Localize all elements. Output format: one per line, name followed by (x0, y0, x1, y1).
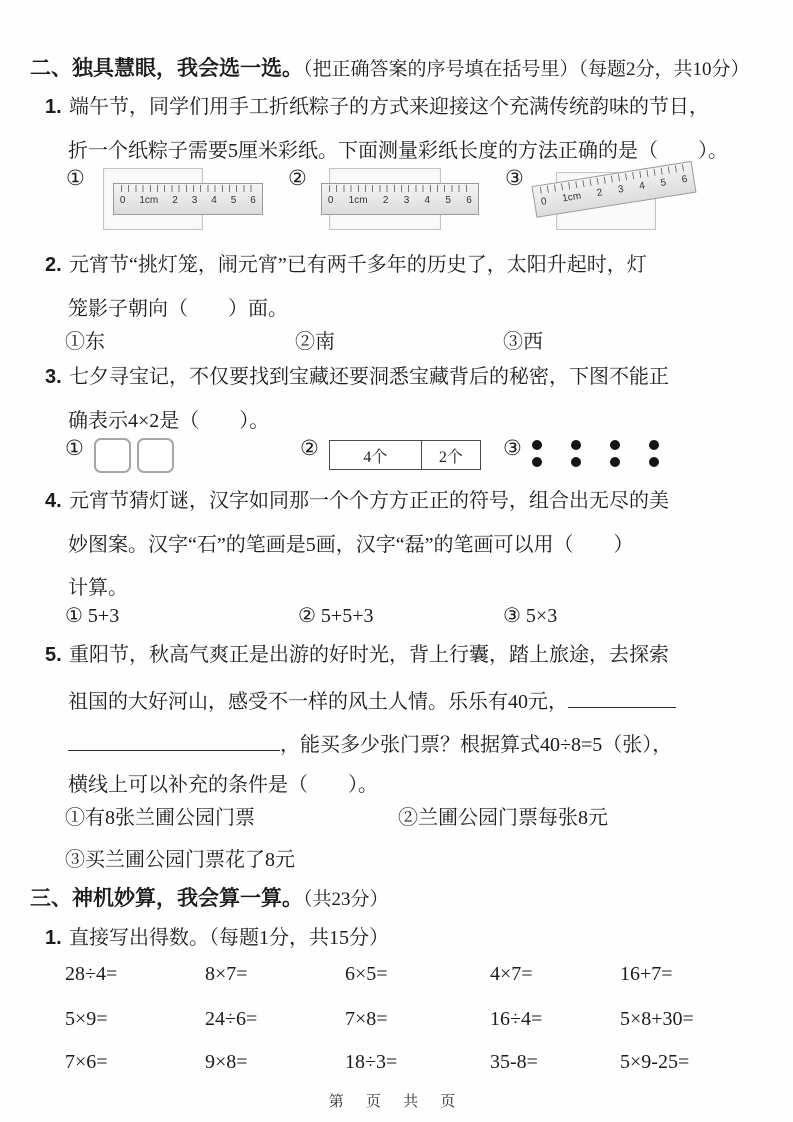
q4-line2: 妙图案。汉字“石”的笔画是5画，汉字“磊”的笔画可以用（ ） (68, 532, 634, 558)
dot-icon (571, 440, 581, 450)
calc-row-2: 5×9= 24÷6= 7×8= 16÷4= 5×8+30= (0, 1008, 793, 1036)
q2-option1: ①东 (65, 325, 105, 354)
q3-number: 3. (45, 364, 69, 390)
split-box-left-cell: 4个 (330, 441, 422, 469)
q5-number: 5. (45, 642, 69, 668)
dot-icon (571, 457, 581, 467)
q3-option3: ③ (503, 436, 659, 467)
q5-option3: ③买兰圃公园门票花了8元 (65, 843, 295, 872)
dot-icon (610, 440, 620, 450)
q4-option1: ① 5+3 (65, 603, 119, 628)
q3-line1-text: 七夕寻宝记，不仅要找到宝藏还要洞悉宝藏背后的秘密，下图不能正 (69, 366, 669, 388)
square-icon (94, 438, 131, 473)
q4-line3: 计算。 (68, 575, 128, 601)
dot-icon (649, 457, 659, 467)
ruler-icon: 01cm23456 (321, 183, 479, 215)
calc-item: 8×7= (205, 963, 248, 986)
section3-header: 三、神机妙算，我会算一算。（共23分） (30, 882, 389, 912)
q1-number: 1. (45, 94, 69, 120)
q1-option3-figure: ③ 01cm23456 (505, 166, 704, 242)
section3-title: 三、神机妙算，我会算一算。 (30, 887, 303, 910)
q4-line1: 4.元宵节猜灯谜，汉字如同那一个个方方正正的符号，组合出无尽的美 (45, 488, 669, 514)
q1-line1-text: 端午节，同学们用手工折纸粽子的方式来迎接这个充满传统韵味的节日， (69, 96, 709, 118)
q1-option2-figure: ② 01cm23456 (288, 166, 487, 242)
q1-figures-row: ① 01cm23456 ② 01cm23456 ③ (0, 166, 793, 246)
section3-subtitle: （共23分） (303, 889, 389, 910)
q5-line1: 5.重阳节，秋高气爽正是出游的好时光，背上行囊，踏上旅途，去探索 (45, 642, 669, 668)
dot-icon (649, 440, 659, 450)
q2-option3: ③西 (503, 325, 543, 354)
q5-line4: 横线上可以补充的条件是（ ）。 (68, 772, 378, 798)
q2-option2: ②南 (295, 325, 335, 354)
q2-number: 2. (45, 252, 69, 278)
section2-title: 二、独具慧眼，我会选一选。 (30, 57, 303, 80)
q5-line2-text: 祖国的大好河山，感受不一样的风土人情。乐乐有40元， (68, 691, 568, 713)
calc-item: 28÷4= (65, 963, 117, 986)
q5-line3: ，能买多少张门票？根据算式40÷8=5（张）， (68, 729, 672, 758)
q1-line1: 1.端午节，同学们用手工折纸粽子的方式来迎接这个充满传统韵味的节日， (45, 94, 709, 120)
q3-line2: 确表示4×2是（ ）。 (68, 408, 269, 434)
page-footer: 第 页 共 页 (0, 1090, 793, 1111)
calc-item: 6×5= (345, 963, 388, 986)
calc-item: 9×8= (205, 1051, 248, 1074)
q4-option2: ② 5+5+3 (298, 603, 374, 628)
q3-option3-label: ③ (503, 436, 522, 461)
q3-option2-label: ② (300, 436, 319, 461)
calc-item: 18÷3= (345, 1051, 397, 1074)
calc-item: 4×7= (490, 963, 533, 986)
q3-option1-label: ① (65, 436, 84, 461)
calc-item: 35-8= (490, 1051, 538, 1074)
s3-q1-label: 1.直接写出得数。（每题1分，共15分） (45, 925, 389, 951)
q3-option2: ② 4个 2个 (300, 436, 481, 470)
s3-q1-number: 1. (45, 925, 69, 951)
section2-header: 二、独具慧眼，我会选一选。（把正确答案的序号填在括号里）（每题2分，共10分） (30, 52, 750, 82)
q5-line3-text: ，能买多少张门票？根据算式40÷8=5（张）， (280, 734, 672, 756)
q2-line1-text: 元宵节“挑灯笼，闹元宵”已有两千多年的历史了，太阳升起时，灯 (69, 254, 647, 276)
fill-in-blank-line (68, 729, 280, 751)
s3-q1-text: 直接写出得数。（每题1分，共15分） (69, 927, 389, 949)
calc-item: 7×8= (345, 1008, 388, 1031)
split-box-figure: 4个 2个 (329, 440, 481, 470)
calc-item: 5×8+30= (620, 1008, 694, 1031)
calc-item: 5×9-25= (620, 1051, 689, 1074)
q4-number: 4. (45, 488, 69, 514)
q5-line1-text: 重阳节，秋高气爽正是出游的好时光，背上行囊，踏上旅途，去探索 (69, 644, 669, 666)
calc-row-1: 28÷4= 8×7= 6×5= 4×7= 16+7= (0, 963, 793, 991)
q3-figures-row: ① ② 4个 2个 ③ (0, 436, 793, 486)
q3-option1: ① (65, 436, 174, 473)
dot-icon (532, 440, 542, 450)
ruler-figure-aligned: 01cm23456 (315, 166, 487, 242)
q4-option3: ③ 5×3 (503, 603, 557, 628)
exam-page: 二、独具慧眼，我会选一选。（把正确答案的序号填在括号里）（每题2分，共10分） … (0, 0, 793, 1122)
q2-line1: 2.元宵节“挑灯笼，闹元宵”已有两千多年的历史了，太阳升起时，灯 (45, 252, 647, 278)
two-squares-figure (94, 438, 174, 473)
dot-icon (532, 457, 542, 467)
q1-option2-label: ② (288, 166, 307, 191)
calc-item: 7×6= (65, 1051, 108, 1074)
fill-in-blank-line (568, 686, 676, 708)
ruler-icon: 01cm23456 (113, 183, 263, 215)
split-box-right-cell: 2个 (422, 441, 480, 469)
q1-option1-label: ① (66, 166, 85, 191)
dot-array-figure (532, 440, 659, 467)
calc-item: 5×9= (65, 1008, 108, 1031)
q5-option2: ②兰圃公园门票每张8元 (398, 801, 608, 830)
q1-option1-figure: ① 01cm23456 (66, 166, 265, 242)
q3-line1: 3.七夕寻宝记，不仅要找到宝藏还要洞悉宝藏背后的秘密，下图不能正 (45, 364, 669, 390)
ruler-figure-misaligned: 01cm23456 (93, 166, 265, 242)
q2-line2: 笼影子朝向（ ）面。 (68, 296, 288, 322)
ruler-ticks (121, 185, 255, 192)
section2-subtitle: （把正确答案的序号填在括号里）（每题2分，共10分） (303, 59, 750, 80)
dot-icon (610, 457, 620, 467)
calc-item: 24÷6= (205, 1008, 257, 1031)
calc-row-3: 7×6= 9×8= 18÷3= 35-8= 5×9-25= (0, 1051, 793, 1079)
ruler-figure-tilted: 01cm23456 (532, 166, 704, 242)
q5-option1: ①有8张兰圃公园门票 (65, 801, 255, 830)
ruler-ticks (329, 185, 471, 192)
q1-option3-label: ③ (505, 166, 524, 191)
calc-item: 16+7= (620, 963, 673, 986)
q4-line1-text: 元宵节猜灯谜，汉字如同那一个个方方正正的符号，组合出无尽的美 (69, 490, 669, 512)
calc-item: 16÷4= (490, 1008, 542, 1031)
q1-line2: 折一个纸粽子需要5厘米彩纸。下面测量彩纸长度的方法正确的是（ ）。 (68, 138, 728, 164)
q5-line2: 祖国的大好河山，感受不一样的风土人情。乐乐有40元， (68, 686, 676, 715)
square-icon (137, 438, 174, 473)
